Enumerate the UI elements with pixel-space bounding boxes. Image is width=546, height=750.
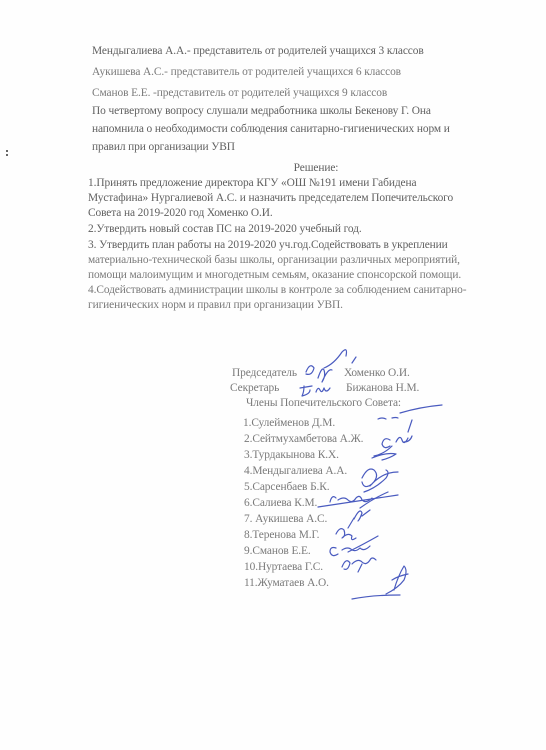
handwritten-signatures xyxy=(0,0,546,750)
scanned-document-page: Мендыгалиева А.А.- представитель от роди… xyxy=(0,0,546,750)
